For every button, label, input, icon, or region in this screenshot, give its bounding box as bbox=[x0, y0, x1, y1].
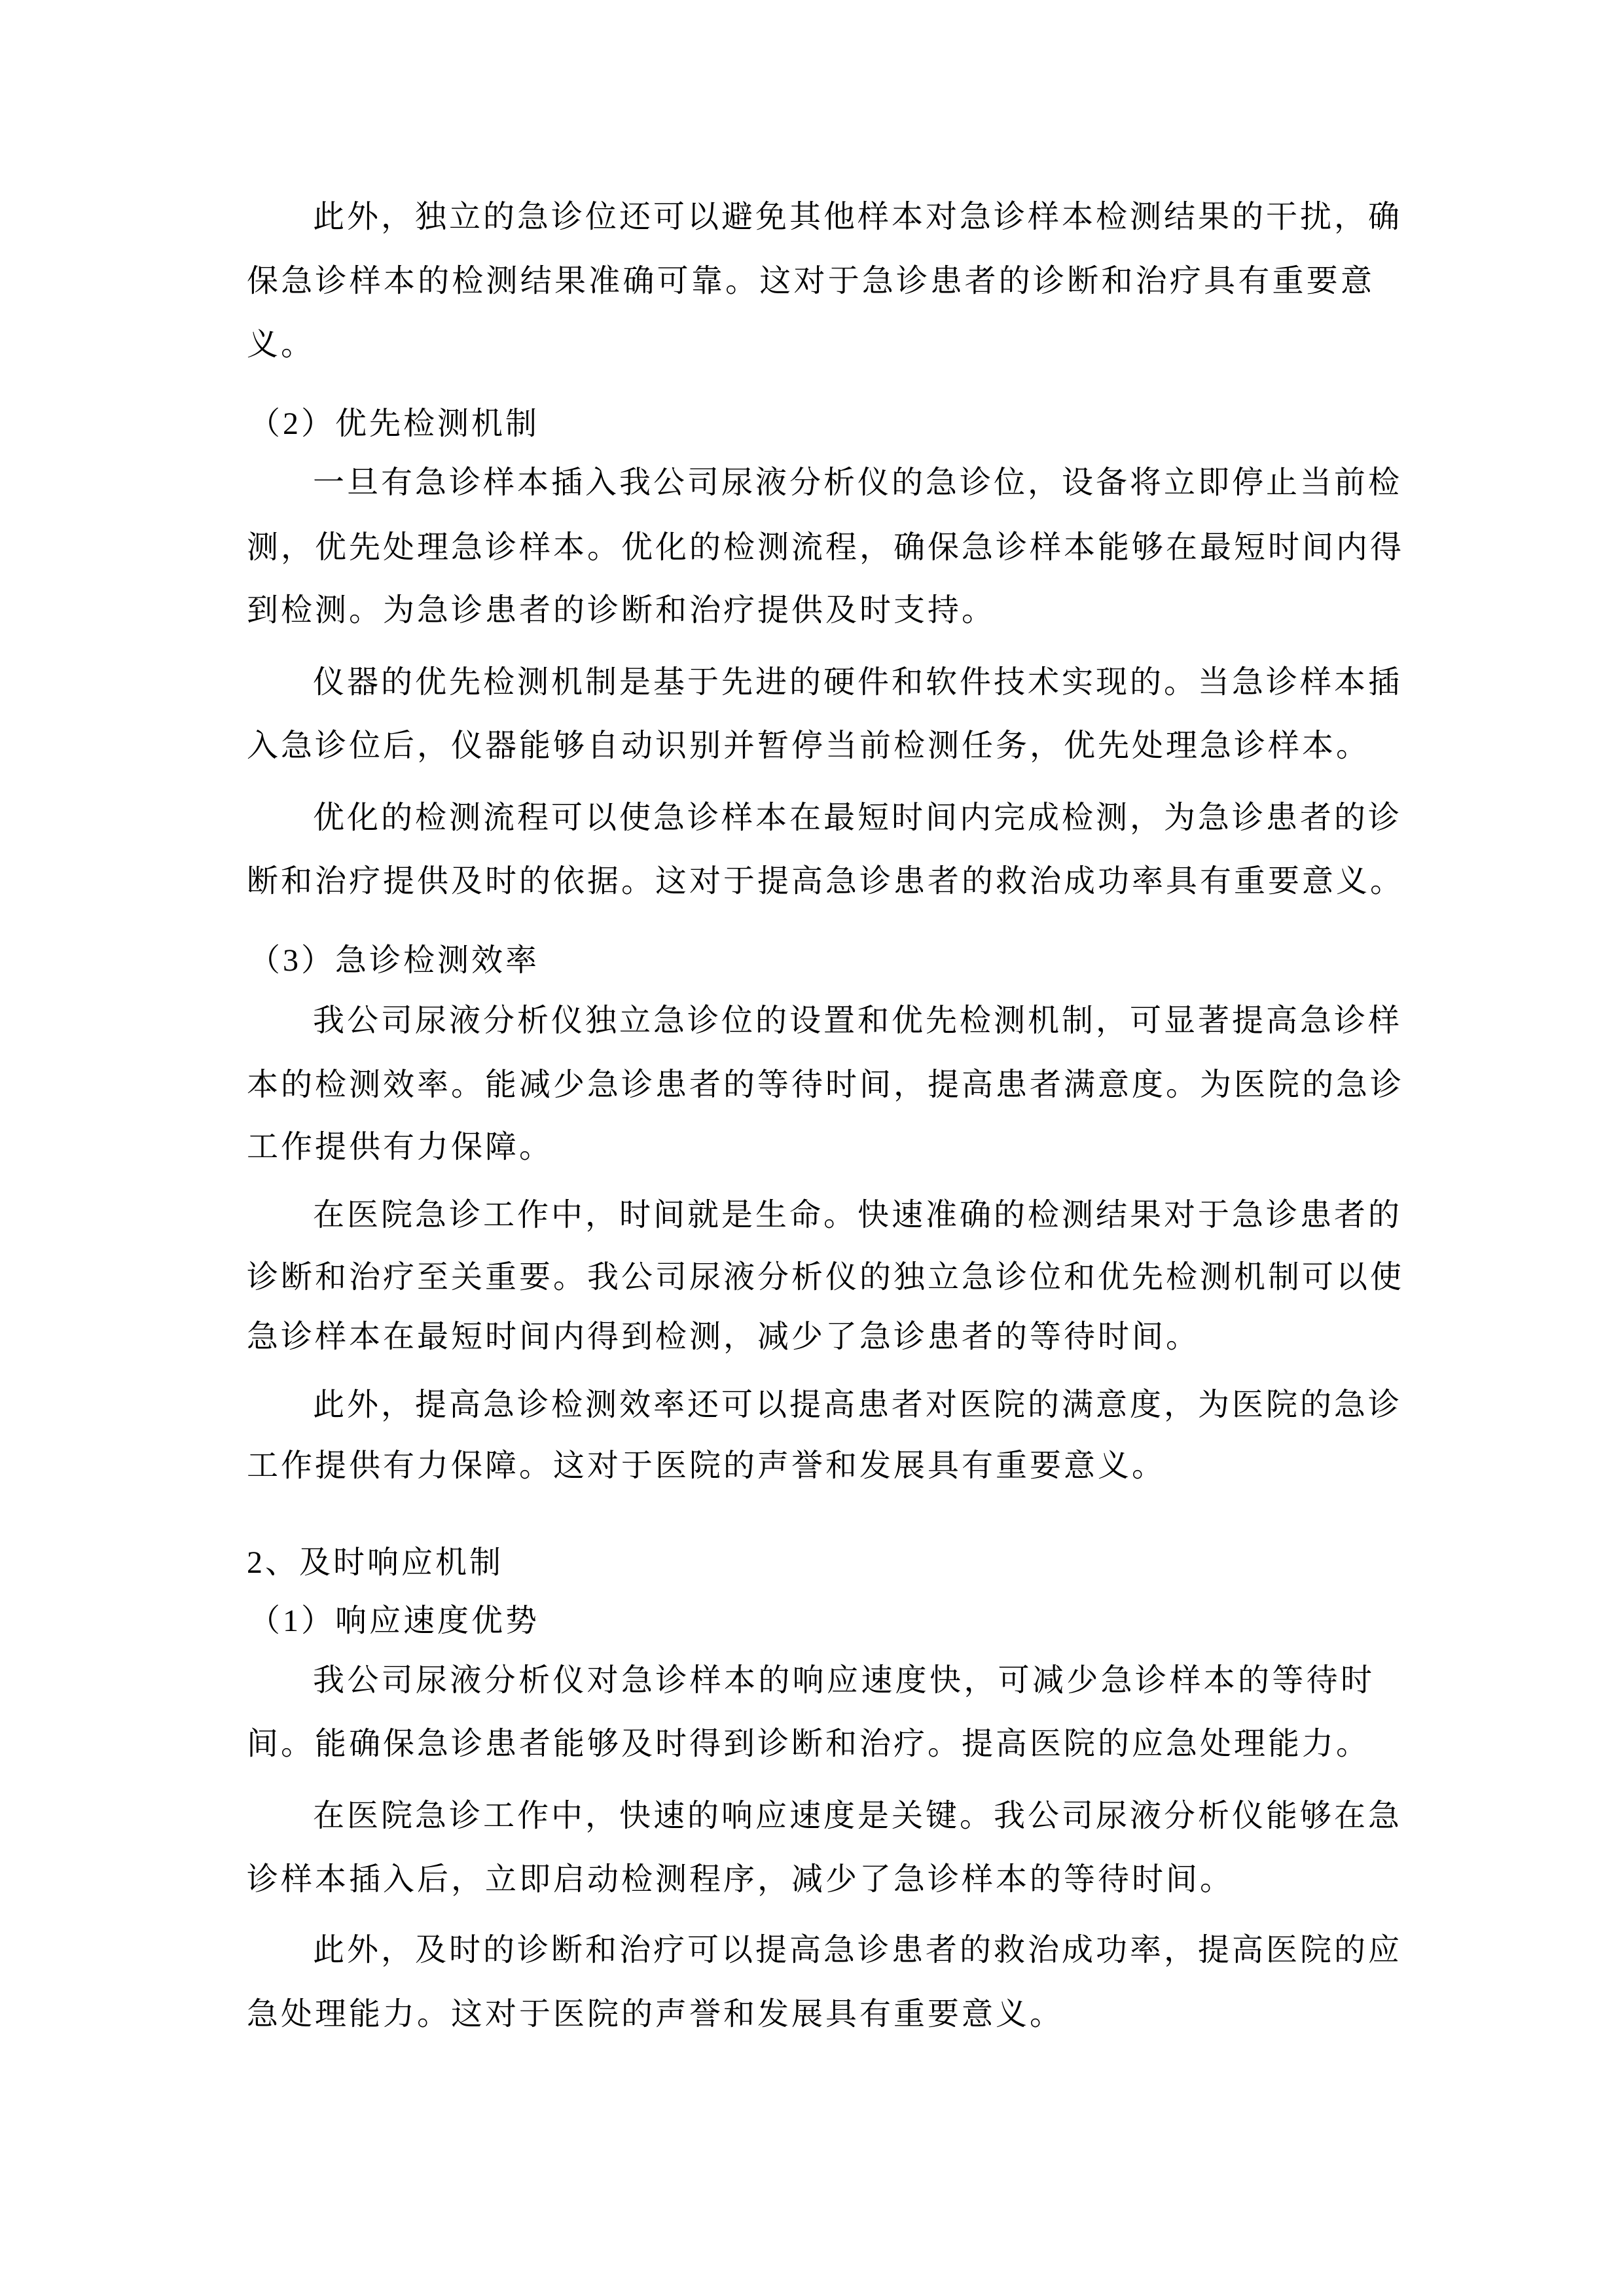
subheading-emergency-efficiency: （3）急诊检测效率 bbox=[249, 941, 1377, 980]
paragraph-line: 此外，提高急诊检测效率还可以提高患者对医院的满意度，为医院的急诊 bbox=[313, 1386, 1375, 1425]
document-page: 此外，独立的急诊位还可以避免其他样本对急诊样本检测结果的干扰，确 保急诊样本的检… bbox=[0, 0, 1624, 2296]
paragraph-line: 在医院急诊工作中，快速的响应速度是关键。我公司尿液分析仪能够在急 bbox=[313, 1797, 1375, 1836]
paragraph-line: 本的检测效率。能减少急诊患者的等待时间，提高患者满意度。为医院的急诊 bbox=[247, 1066, 1375, 1105]
paragraph-line: 保急诊样本的检测结果准确可靠。这对于急诊患者的诊断和治疗具有重要意 bbox=[247, 262, 1375, 301]
paragraph-line: 仪器的优先检测机制是基于先进的硬件和软件技术实现的。当急诊样本插 bbox=[313, 663, 1375, 702]
paragraph-line: 我公司尿液分析仪对急诊样本的响应速度快，可减少急诊样本的等待时 bbox=[313, 1661, 1375, 1700]
paragraph-line: 工作提供有力保障。 bbox=[247, 1128, 1375, 1167]
heading-timely-response: 2、及时响应机制 bbox=[247, 1543, 1375, 1583]
paragraph-line: 急诊样本在最短时间内得到检测，减少了急诊患者的等待时间。 bbox=[247, 1318, 1375, 1357]
paragraph-line: 诊断和治疗至关重要。我公司尿液分析仪的独立急诊位和优先检测机制可以使 bbox=[247, 1258, 1375, 1297]
paragraph-line: 测，优先处理急诊样本。优化的检测流程，确保急诊样本能够在最短时间内得 bbox=[247, 528, 1375, 567]
paragraph-line: 我公司尿液分析仪独立急诊位的设置和优先检测机制，可显著提高急诊样 bbox=[313, 1001, 1375, 1041]
paragraph-line: 此外，及时的诊断和治疗可以提高急诊患者的救治成功率，提高医院的应 bbox=[313, 1931, 1375, 1970]
subheading-response-speed: （1）响应速度优势 bbox=[249, 1602, 1377, 1641]
paragraph-line: 优化的检测流程可以使急诊样本在最短时间内完成检测，为急诊患者的诊 bbox=[313, 798, 1375, 838]
subheading-priority-detection: （2）优先检测机制 bbox=[249, 404, 1377, 444]
paragraph-line: 诊样本插入后，立即启动检测程序，减少了急诊样本的等待时间。 bbox=[247, 1860, 1375, 1899]
paragraph-line: 间。能确保急诊患者能够及时得到诊断和治疗。提高医院的应急处理能力。 bbox=[247, 1725, 1375, 1764]
paragraph-line: 断和治疗提供及时的依据。这对于提高急诊患者的救治成功率具有重要意义。 bbox=[247, 862, 1375, 901]
paragraph-line: 此外，独立的急诊位还可以避免其他样本对急诊样本检测结果的干扰，确 bbox=[313, 198, 1375, 237]
paragraph-line: 入急诊位后，仪器能够自动识别并暂停当前检测任务，优先处理急诊样本。 bbox=[247, 726, 1375, 766]
paragraph-line: 义。 bbox=[247, 325, 1375, 365]
paragraph-line: 工作提供有力保障。这对于医院的声誉和发展具有重要意义。 bbox=[247, 1446, 1375, 1486]
paragraph-line: 急处理能力。这对于医院的声誉和发展具有重要意义。 bbox=[247, 1995, 1375, 2034]
paragraph-line: 一旦有急诊样本插入我公司尿液分析仪的急诊位，设备将立即停止当前检 bbox=[313, 463, 1375, 503]
paragraph-line: 在医院急诊工作中，时间就是生命。快速准确的检测结果对于急诊患者的 bbox=[313, 1196, 1375, 1235]
paragraph-line: 到检测。为急诊患者的诊断和治疗提供及时支持。 bbox=[247, 591, 1375, 630]
